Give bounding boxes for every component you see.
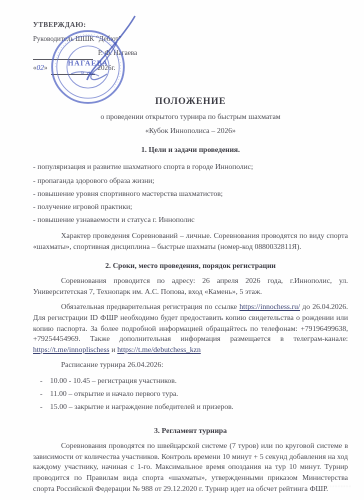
approver-role: Руководитель ШШК "Дебют" bbox=[33, 32, 183, 46]
dash-marker: - bbox=[40, 387, 50, 400]
rules-paragraph: Соревнования проводятся по швейцарской с… bbox=[33, 441, 348, 494]
schedule-item-text: 11.00 – открытие и начало первого тура. bbox=[50, 387, 178, 400]
goal-item: - повышение уровня спортивного мастерств… bbox=[33, 187, 348, 200]
schedule-item: - 15.00 – закрытие и награждение победит… bbox=[33, 400, 348, 413]
registration-text: Обязательная предварительная регистрация… bbox=[61, 302, 239, 311]
signature-row: Р. Ф. Нагаева bbox=[33, 46, 183, 60]
venue-paragraph: Соревнования проводится по адресу: 26 ап… bbox=[33, 276, 348, 297]
signature-line bbox=[33, 50, 93, 60]
goal-item: - повышение узнаваемости и статуса г. Ин… bbox=[33, 213, 348, 226]
telegram-link-innoplischess[interactable]: https://t.me/innoplischess bbox=[33, 345, 109, 354]
dash-marker: - bbox=[40, 400, 50, 413]
event-name: «Кубок Иннополиса – 2026» bbox=[33, 126, 348, 137]
handwritten-day: 02 bbox=[37, 61, 45, 75]
date-row: « 02 » 2026г. bbox=[33, 61, 183, 75]
scanned-regulation-document: УТВЕРЖДАЮ: Руководитель ШШК "Дебют" Р. Ф… bbox=[0, 0, 364, 500]
registration-paragraph: Обязательная предварительная регистрация… bbox=[33, 302, 348, 355]
schedule-heading: Расписание турнира 26.04.2026: bbox=[33, 360, 348, 371]
section1-heading: 1. Цели и задачи проведения. bbox=[33, 145, 348, 156]
date-quote-close: » bbox=[44, 61, 48, 75]
document-title: ПОЛОЖЕНИЕ bbox=[33, 97, 348, 108]
schedule-item: - 11.00 – открытие и начало первого тура… bbox=[33, 387, 348, 400]
signer-name: Р. Ф. Нагаева bbox=[98, 46, 137, 60]
schedule-item-text: 10.00 - 10.45 – регистрация участников. bbox=[50, 374, 177, 387]
goal-item: - популяризация и развитие шахматного сп… bbox=[33, 160, 348, 173]
approval-block: УТВЕРЖДАЮ: Руководитель ШШК "Дебют" Р. Ф… bbox=[33, 18, 183, 82]
schedule-list: - 10.00 - 10.45 – регистрация участников… bbox=[33, 374, 348, 414]
nature-paragraph: Характер проведения Соревнований – личны… bbox=[33, 231, 348, 252]
date-year: 2026г. bbox=[98, 61, 116, 75]
approve-label: УТВЕРЖДАЮ: bbox=[33, 18, 183, 32]
dash-marker: - bbox=[40, 374, 50, 387]
goal-item: - пропаганда здорового образа жизни; bbox=[33, 174, 348, 187]
section3-heading: 3. Регламент турнира bbox=[33, 426, 348, 437]
goals-list: - популяризация и развитие шахматного сп… bbox=[33, 160, 348, 226]
date-month-line bbox=[51, 65, 95, 75]
registration-site-link[interactable]: https://innochess.ru/ bbox=[239, 302, 300, 311]
schedule-item-text: 15.00 – закрытие и награждение победител… bbox=[50, 400, 234, 413]
telegram-link-debutchess[interactable]: https://t.me/debutchess_kzn bbox=[117, 345, 201, 354]
document-subtitle: о проведении открытого турнира по быстры… bbox=[33, 112, 348, 123]
schedule-item: - 10.00 - 10.45 – регистрация участников… bbox=[33, 374, 348, 387]
section2-heading: 2. Сроки, место проведения, порядок реги… bbox=[33, 261, 348, 272]
scanner-watermark: ∙∙∙∙∙∙∙∙∙∙ bbox=[325, 483, 353, 494]
goal-item: - получение игровой практики; bbox=[33, 200, 348, 213]
